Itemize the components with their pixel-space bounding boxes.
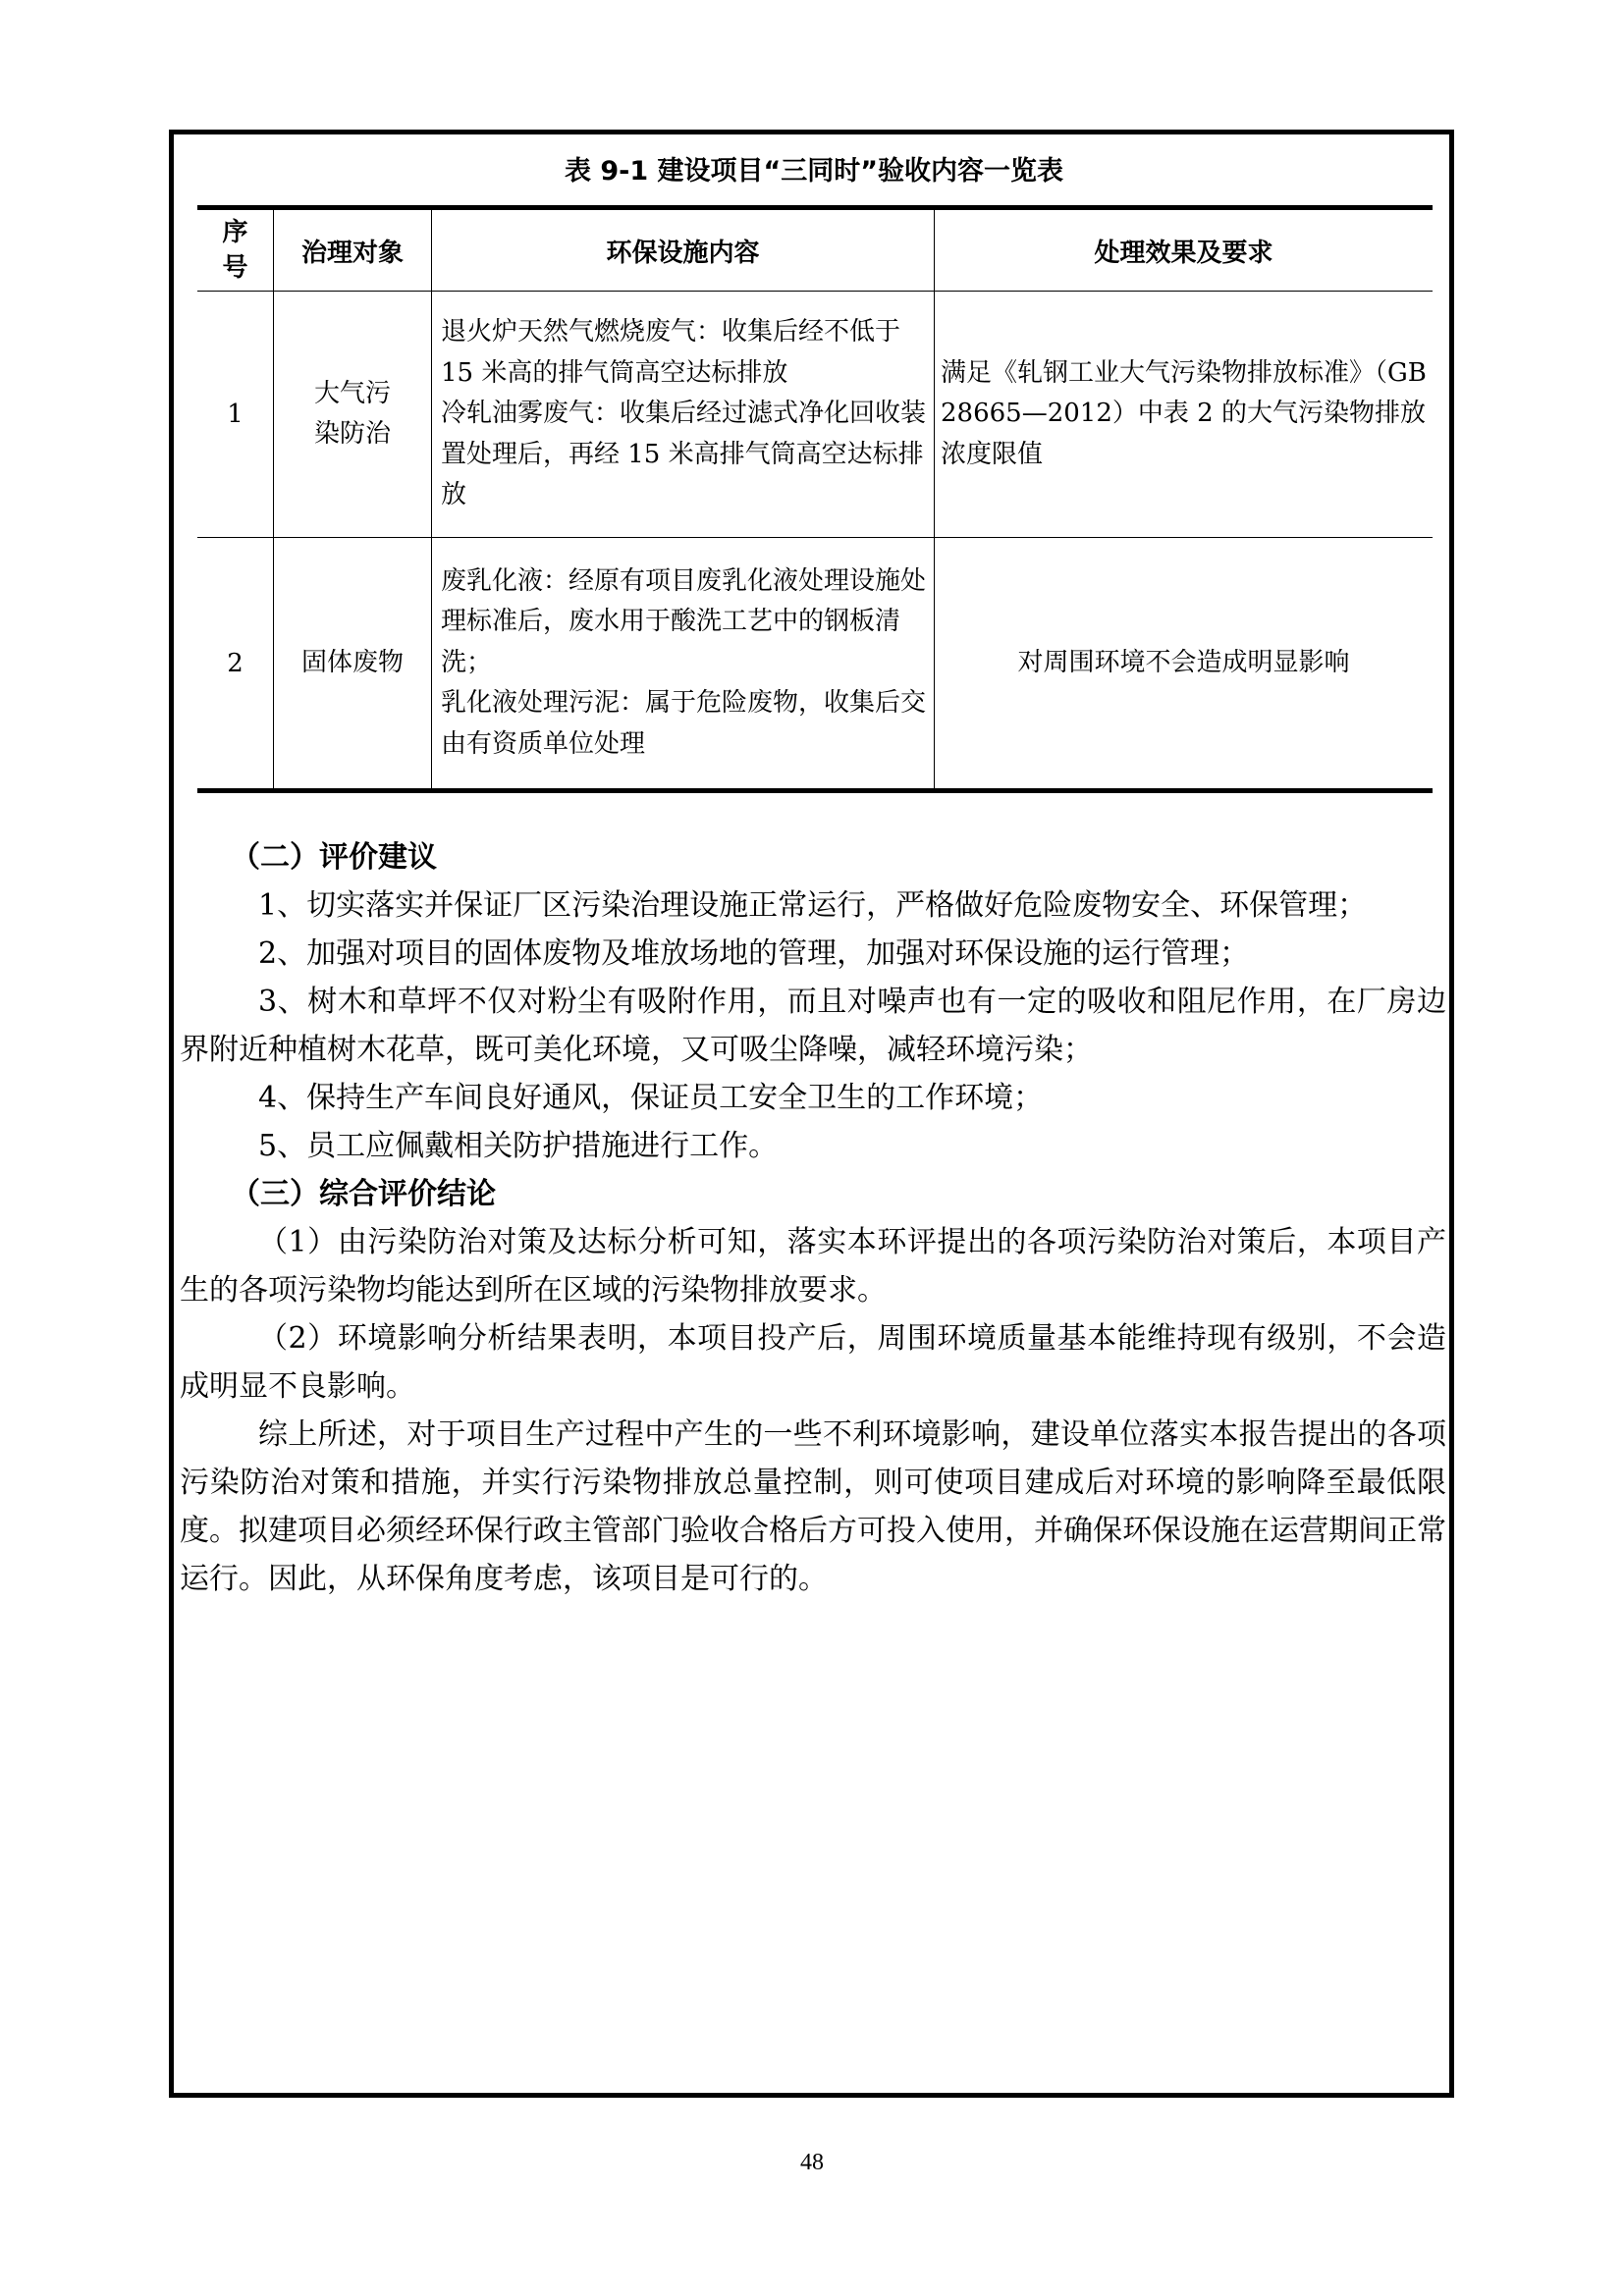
- cell-content-line: 退火炉天然气燃烧废气：收集后经不低于 15 米高的排气筒高空达标排放: [432, 312, 934, 394]
- page-number: 48: [0, 2150, 1624, 2176]
- body-text: （二）评价建议 1、切实落实并保证厂区污染治理设施正常运行，严格做好危险废物安全…: [180, 833, 1446, 1603]
- header-effect: 处理效果及要求: [935, 208, 1434, 292]
- section-heading-suggestions: （二）评价建议: [180, 833, 1446, 881]
- acceptance-table: 序号 治理对象 环保设施内容 处理效果及要求 1 大气污染防治 退火炉天然气燃烧…: [197, 205, 1433, 793]
- conclusion-paragraph: （2）环境影响分析结果表明，本项目投产后，周围环境质量基本能维持现有级别，不会造…: [180, 1314, 1446, 1411]
- header-seq-label: 序号: [197, 215, 273, 286]
- cell-object: 固体废物: [274, 538, 432, 791]
- conclusion-paragraph: 综上所述，对于项目生产过程中产生的一些不利环境影响，建设单位落实本报告提出的各项…: [180, 1411, 1446, 1603]
- cell-object-text: 固体废物: [274, 643, 431, 684]
- suggestion-item: 5、员工应佩戴相关防护措施进行工作。: [180, 1122, 1446, 1170]
- cell-content: 废乳化液：经原有项目废乳化液处理设施处理标准后，废水用于酸洗工艺中的钢板清洗； …: [432, 538, 935, 791]
- table-header-row: 序号 治理对象 环保设施内容 处理效果及要求: [197, 208, 1433, 292]
- section-heading-conclusion: （三）综合评价结论: [180, 1170, 1446, 1218]
- table-title: 表 9-1 建设项目“三同时”验收内容一览表: [197, 152, 1431, 191]
- header-content: 环保设施内容: [432, 208, 935, 292]
- conclusion-paragraph: （1）由污染防治对策及达标分析可知，落实本环评提出的各项污染防治对策后，本项目产…: [180, 1218, 1446, 1314]
- cell-seq: 2: [197, 538, 274, 791]
- header-seq: 序号: [197, 208, 274, 292]
- suggestion-item: 4、保持生产车间良好通风，保证员工安全卫生的工作环境；: [180, 1074, 1446, 1122]
- cell-effect: 满足《轧钢工业大气污染物排放标准》（GB 28665—2012）中表 2 的大气…: [935, 292, 1434, 538]
- cell-object: 大气污染防治: [274, 292, 432, 538]
- suggestion-item: 1、切实落实并保证厂区污染治理设施正常运行，严格做好危险废物安全、环保管理；: [180, 881, 1446, 930]
- table-row: 1 大气污染防治 退火炉天然气燃烧废气：收集后经不低于 15 米高的排气筒高空达…: [197, 292, 1433, 538]
- cell-content-line: 乳化液处理污泥：属于危险废物，收集后交由有资质单位处理: [432, 683, 934, 765]
- cell-content-line: 冷轧油雾废气：收集后经过滤式净化回收装置处理后，再经 15 米高排气筒高空达标排…: [432, 394, 934, 516]
- cell-content-line: 废乳化液：经原有项目废乳化液处理设施处理标准后，废水用于酸洗工艺中的钢板清洗；: [432, 561, 934, 684]
- page-frame: 表 9-1 建设项目“三同时”验收内容一览表 序号 治理对象 环保设施内容 处理…: [169, 130, 1454, 2098]
- cell-effect-text: 满足《轧钢工业大气污染物排放标准》（GB 28665—2012）中表 2 的大气…: [935, 353, 1433, 476]
- cell-effect-text: 对周围环境不会造成明显影响: [935, 643, 1433, 684]
- cell-seq: 1: [197, 292, 274, 538]
- cell-effect: 对周围环境不会造成明显影响: [935, 538, 1434, 791]
- suggestion-item: 2、加强对项目的固体废物及堆放场地的管理，加强对环保设施的运行管理；: [180, 930, 1446, 978]
- cell-object-text: 大气污染防治: [274, 374, 431, 455]
- cell-content: 退火炉天然气燃烧废气：收集后经不低于 15 米高的排气筒高空达标排放 冷轧油雾废…: [432, 292, 935, 538]
- suggestion-item: 3、树木和草坪不仅对粉尘有吸附作用，而且对噪声也有一定的吸收和阻尼作用，在厂房边…: [180, 978, 1446, 1074]
- table-row: 2 固体废物 废乳化液：经原有项目废乳化液处理设施处理标准后，废水用于酸洗工艺中…: [197, 538, 1433, 791]
- header-object: 治理对象: [274, 208, 432, 292]
